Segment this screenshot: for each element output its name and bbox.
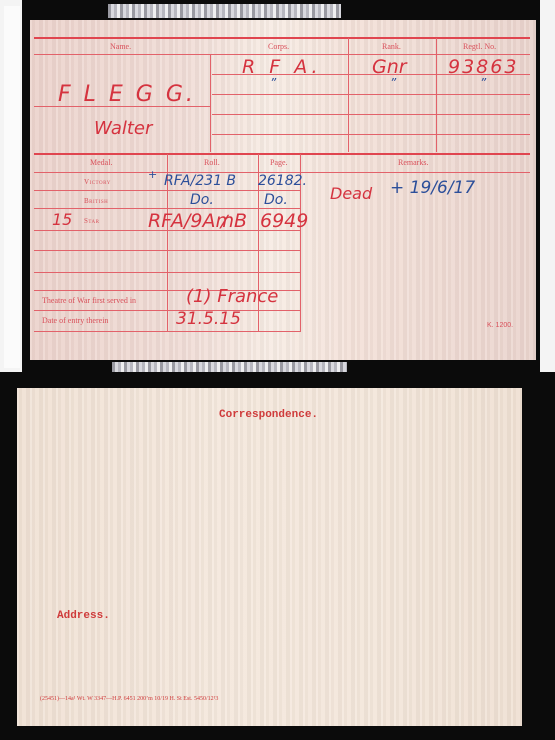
theatre-label: Theatre of War first served in: [42, 296, 136, 305]
name-header: Name.: [110, 42, 131, 51]
victory-medal-label: Victory: [84, 178, 111, 186]
entry-date-value: 31.5.15: [176, 309, 241, 329]
forename: Walter: [94, 118, 152, 139]
star-prefix: 15: [52, 210, 72, 229]
corps-header: Corps.: [268, 42, 289, 51]
theatre-value: (1) France: [186, 286, 278, 307]
star-roll: RFA/9A₥B: [148, 210, 247, 232]
british-medal-label: British: [84, 197, 108, 205]
ditto-rank: ”: [390, 76, 396, 90]
star-medal-label: Star: [84, 217, 100, 225]
correspondence-heading: Correspondence.: [219, 409, 318, 421]
scan-strip-top: [108, 4, 341, 18]
entry-date-label: Date of entry therein: [42, 316, 108, 325]
page-header: Page.: [270, 158, 288, 167]
ditto-regtl-no: ”: [480, 76, 486, 90]
remarks-header: Remarks.: [398, 158, 428, 167]
form-number: K. 1200.: [487, 322, 513, 329]
ditto-corps: ”: [270, 76, 276, 90]
scan-left-edge: [0, 0, 22, 372]
remarks-dead: Dead: [330, 184, 372, 203]
regtl-no-value: 93863: [448, 56, 518, 78]
remarks-date: + 19/6/17: [390, 178, 475, 198]
scan-strip-middle: [112, 362, 347, 372]
address-label: Address.: [57, 610, 110, 622]
british-roll: Do.: [190, 192, 214, 208]
rank-header: Rank.: [382, 42, 401, 51]
roll-header: Roll.: [204, 158, 220, 167]
star-page: 6949: [260, 210, 308, 232]
victory-roll: RFA/231 B: [164, 173, 236, 189]
printer-imprint: (25451)—14a¹ Wt. W 3347—H.P. 6451 200’m …: [40, 696, 218, 702]
rank-value: Gnr: [372, 56, 407, 78]
scan-right-edge: [540, 0, 555, 372]
corps-value: R F A.: [242, 56, 322, 78]
regtl-no-header: Regtl. No.: [463, 42, 496, 51]
medal-header: Medal.: [90, 158, 112, 167]
surname: F L E G G.: [58, 82, 196, 107]
british-page: Do.: [264, 192, 288, 208]
medal-index-card-back: Correspondence. Address. (25451)—14a¹ Wt…: [17, 388, 522, 726]
medal-index-card-front: Name. Corps. Rank. Regtl. No. F L E G G.…: [30, 20, 536, 360]
victory-mark: +: [148, 168, 157, 181]
victory-page: 26182.: [258, 173, 307, 189]
